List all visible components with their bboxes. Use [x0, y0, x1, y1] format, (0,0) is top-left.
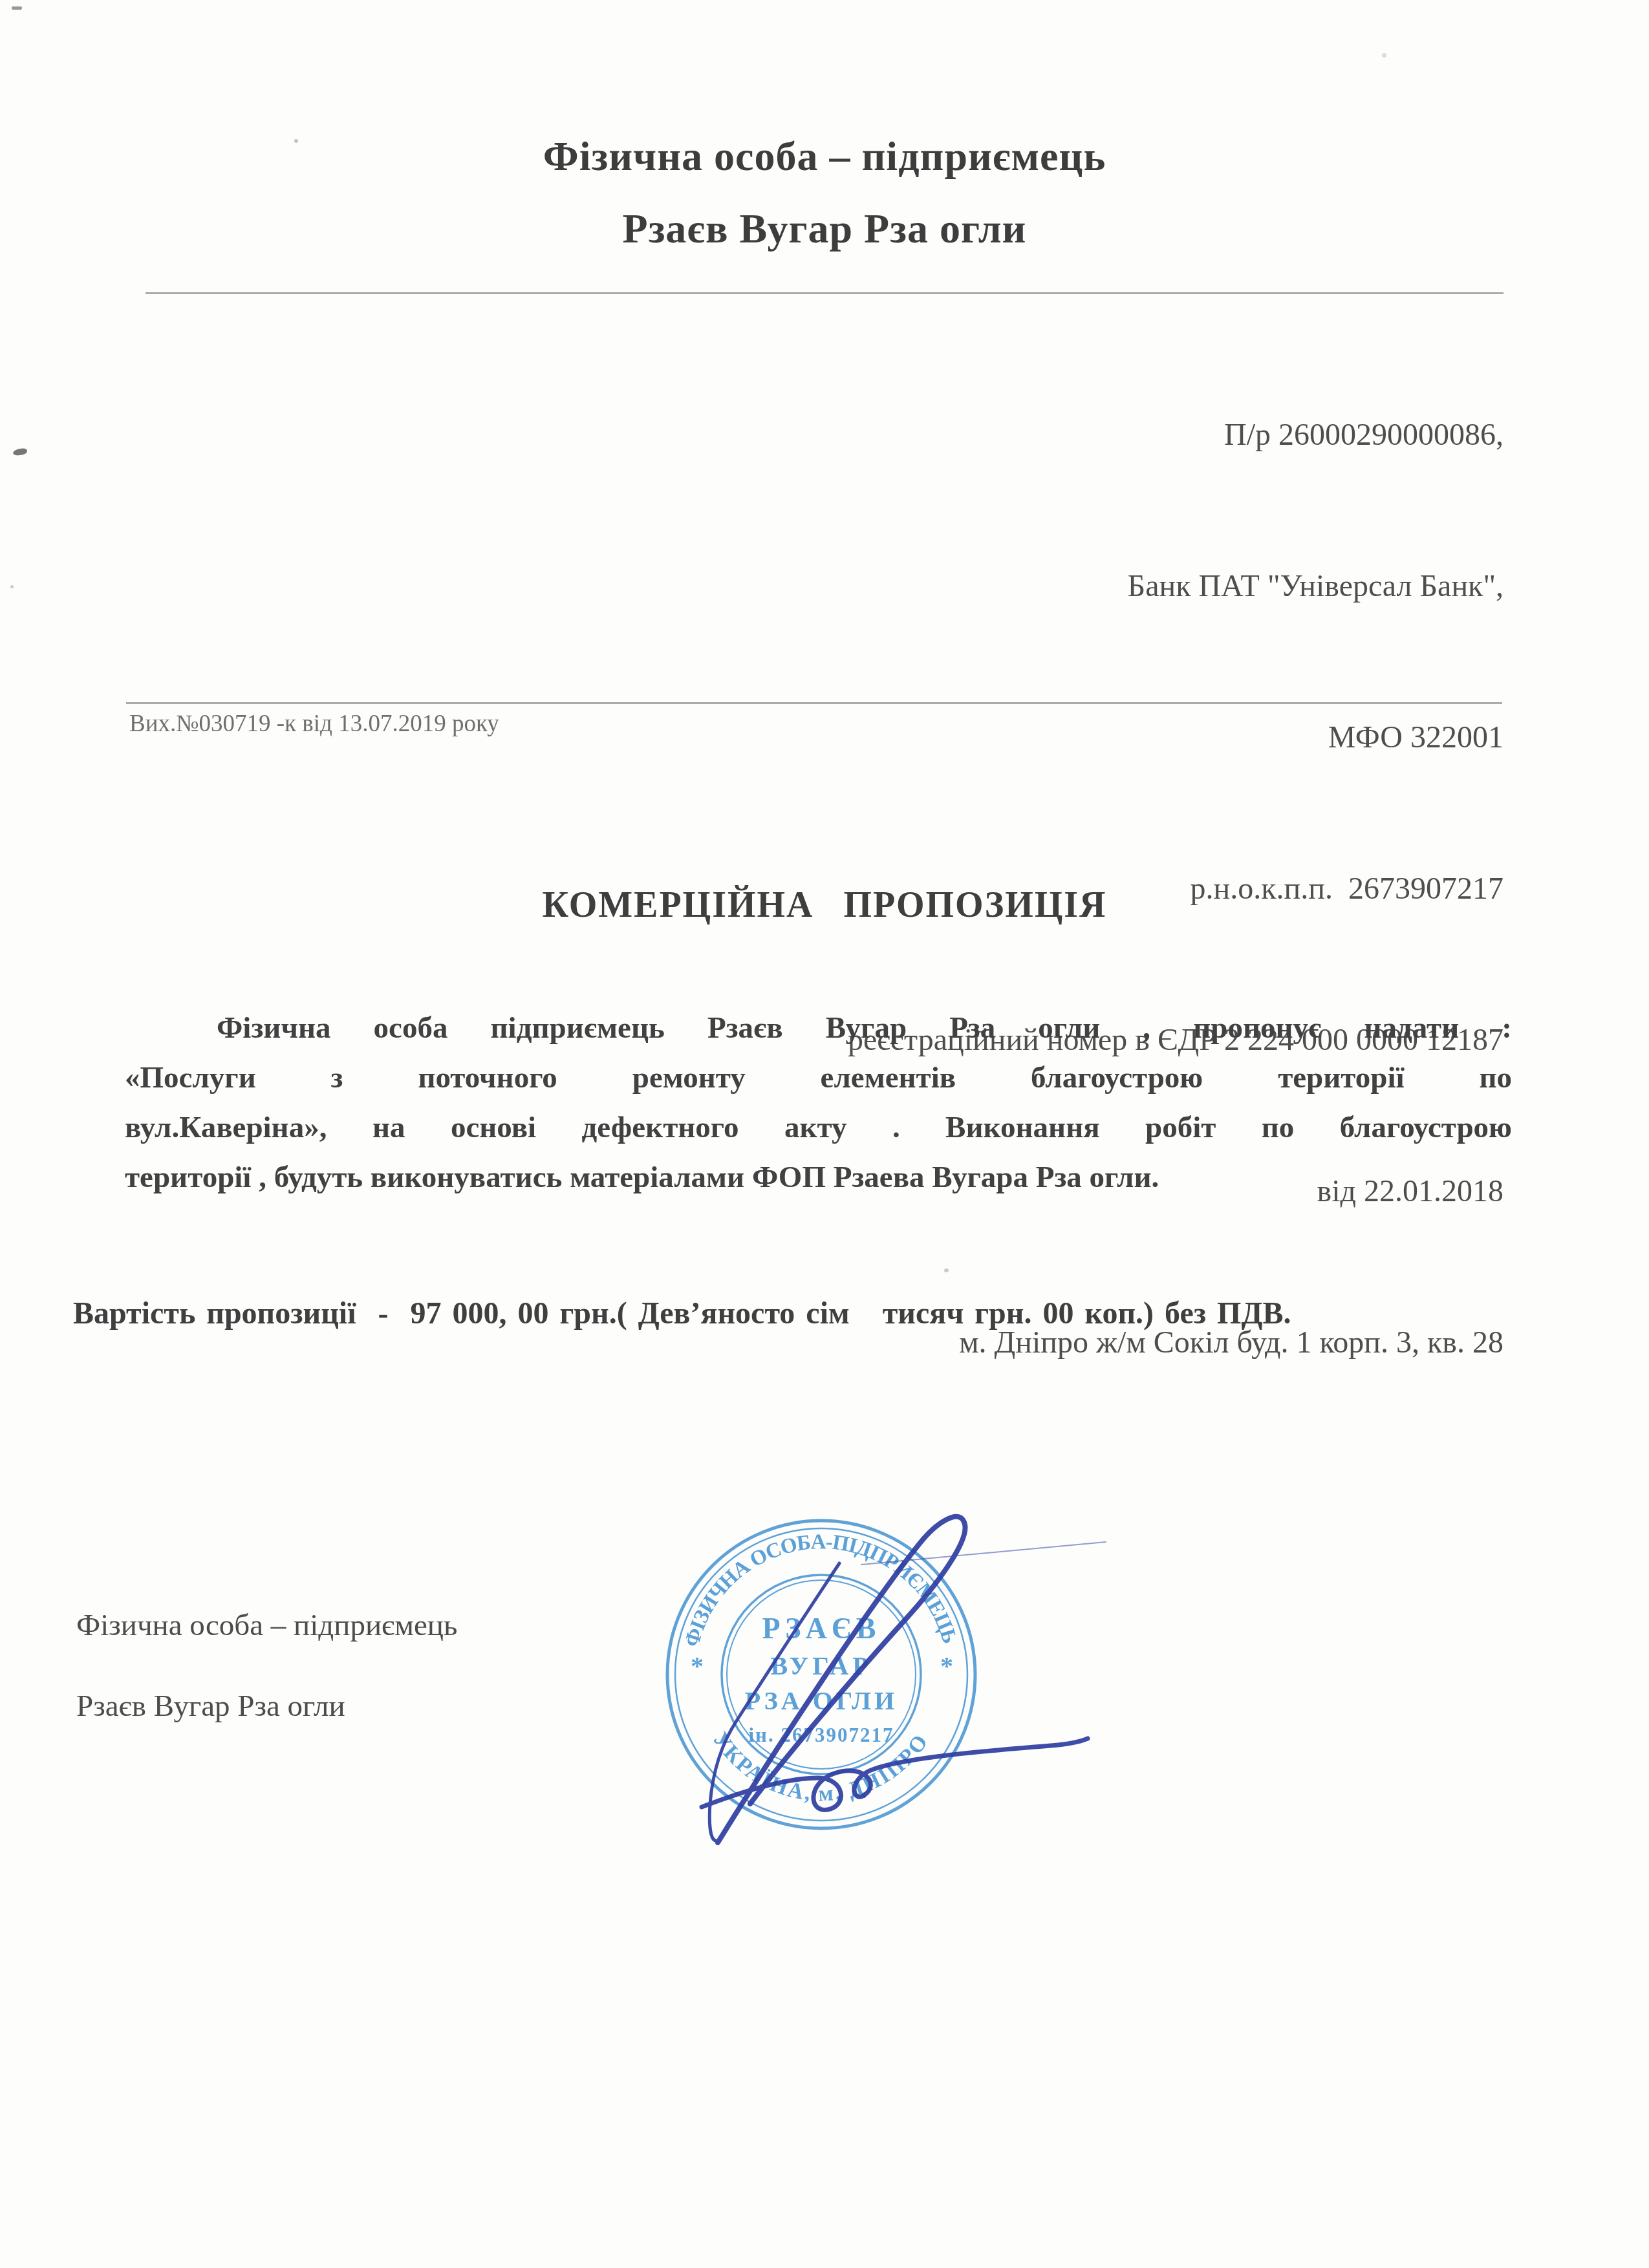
company-header: Фізична особа – підприємець Рзаєв Вугар … — [0, 120, 1649, 265]
scan-speck — [294, 139, 298, 143]
detail-mfo-line: МФО 322001 — [323, 712, 1503, 763]
scan-speck — [1382, 53, 1386, 58]
body-line-3: вул.Каверіна», на основі дефектного акту… — [125, 1103, 1512, 1153]
company-header-line2: Рзаєв Вугар Рза огли — [0, 193, 1649, 265]
signatory-name-label: Рзаєв Вугар Рза огли — [76, 1689, 345, 1724]
header-divider-line — [145, 292, 1503, 294]
stamp-and-signature-area: ФІЗИЧНА ОСОБА-ПІДПРИЄМЕЦЬ УКРАЇНА, м. ДН… — [634, 1481, 1125, 1907]
body-line-1: Фізична особа підприємець Рзаєв Вугар Рз… — [125, 1003, 1512, 1053]
proposal-price-line: Вартість пропозиції - 97 000, 00 грн.( Д… — [73, 1296, 1625, 1331]
stamp-name-line3: РЗА ОГЛИ — [745, 1686, 898, 1715]
scanned-document-page: { "header": { "line1": "Фізична особа – … — [0, 0, 1649, 2268]
stamp-left-star: * — [691, 1651, 704, 1680]
stamp-idnumber-line: ін. 2673907217 — [749, 1724, 894, 1746]
body-line-4: території , будуть виконуватись матеріал… — [125, 1153, 1512, 1203]
company-header-line1: Фізична особа – підприємець — [0, 120, 1649, 193]
scan-speck — [12, 6, 22, 10]
scan-speck — [10, 585, 14, 588]
round-stamp-graphic: ФІЗИЧНА ОСОБА-ПІДПРИЄМЕЦЬ УКРАЇНА, м. ДН… — [634, 1481, 1125, 1907]
scan-speck — [944, 1268, 949, 1272]
reference-divider-line — [126, 702, 1502, 704]
signatory-role-label: Фізична особа – підприємець — [76, 1608, 457, 1643]
document-title: КОМЕРЦІЙНА ПРОПОЗИЦІЯ — [0, 884, 1649, 926]
body-line-2: «Послуги з поточного ремонту елементів б… — [125, 1053, 1512, 1103]
bank-details-block: П/р 26000290000086, Банк ПАТ "Універсал … — [323, 309, 1503, 1418]
scan-speck — [12, 448, 27, 456]
outgoing-reference-number: Вих.№030719 -к від 13.07.2019 року — [129, 710, 499, 738]
detail-account-line: П/р 26000290000086, — [323, 410, 1503, 460]
stamp-right-star: * — [940, 1651, 953, 1680]
detail-bank-line: Банк ПАТ "Універсал Банк", — [323, 561, 1503, 612]
proposal-body-paragraph: Фізична особа підприємець Рзаєв Вугар Рз… — [125, 1003, 1512, 1203]
